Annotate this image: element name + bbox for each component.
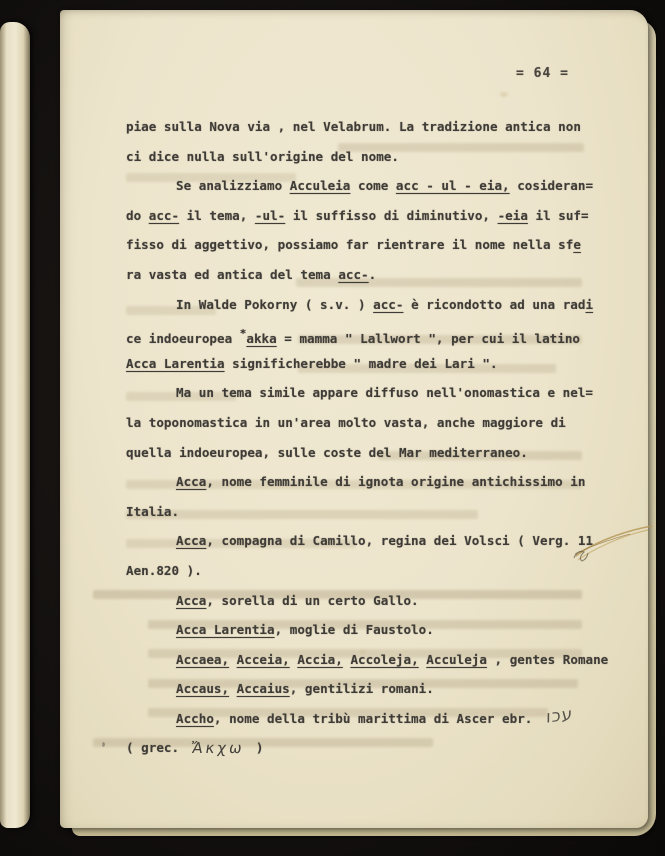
typed-segment: , nome femminile di ignota origine antic…	[206, 474, 585, 489]
typed-segment: Acca Larentia	[176, 622, 275, 637]
handwritten-greek-mark: Ἄκχω	[188, 734, 246, 764]
typed-segment: , compagna di Camillo, regina dei Volsci…	[206, 533, 593, 548]
text-line: Accho, nome della tribù marittima di Asc…	[126, 704, 596, 734]
typed-segment: il suf=	[528, 208, 589, 223]
typed-segment: Accoleja,	[350, 652, 418, 667]
typed-segment: i	[585, 297, 593, 312]
typed-segment: akka	[246, 331, 276, 346]
typed-segment: Acca Larentia	[126, 356, 225, 371]
typed-segment: -ul-	[255, 208, 285, 223]
typed-segment: Acca	[176, 533, 206, 548]
typed-segment: Acculeia	[290, 178, 351, 193]
fiber-scratch-mark	[568, 518, 658, 570]
foxing-spot	[500, 92, 508, 97]
typed-segment: Accia,	[297, 652, 343, 667]
typed-segment: -eia	[498, 208, 528, 223]
typed-segment: , sorella di un certo Gallo.	[206, 593, 418, 608]
text-line: ra vasta ed antica del tema acc-.	[126, 260, 596, 290]
text-line: Accaus, Accaius, gentilizi romani.	[126, 674, 596, 704]
typed-segment: piae sulla Nova via , nel Velabrum. La t…	[126, 119, 581, 134]
typed-segment: , gentilizi romani.	[290, 681, 434, 696]
text-line: do acc- il tema, -ul- il suffisso di dim…	[126, 201, 596, 231]
text-line: fisso di aggettivo, possiamo far rientra…	[126, 230, 596, 260]
text-line: Acca, compagna di Camillo, regina dei Vo…	[126, 526, 596, 556]
typed-segment: la toponomastica in un'area molto vasta,…	[126, 415, 566, 430]
typed-segment: è ricondotto ad una rad	[403, 297, 585, 312]
text-line: In Walde Pokorny ( s.v. ) acc- è ricondo…	[126, 290, 596, 320]
typed-segment: Acca	[176, 593, 206, 608]
text-line: Aen.820 ).	[126, 556, 596, 586]
text-line: ( grec. Ἄκχω )	[126, 733, 596, 763]
typed-segment: , moglie di Faustolo.	[275, 622, 434, 637]
typed-segment: acc-	[373, 297, 403, 312]
text-line: Ma un tema simile appare diffuso nell'on…	[126, 378, 596, 408]
typed-text-block: piae sulla Nova via , nel Velabrum. La t…	[126, 112, 596, 763]
typed-segment: Acculeja	[426, 652, 487, 667]
typed-segment: , gentes Romane	[487, 652, 608, 667]
text-line: piae sulla Nova via , nel Velabrum. La t…	[126, 112, 596, 142]
typed-segment: ci dice nulla sull'origine del nome.	[126, 149, 399, 164]
typed-segment: il suffisso di diminutivo,	[285, 208, 497, 223]
typed-segment: Accho	[176, 711, 214, 726]
text-line: Italia.	[126, 497, 596, 527]
typed-segment: cosideran=	[510, 178, 593, 193]
typescript-page: = 64 = piae sulla Nova via , nel Velabru…	[60, 10, 648, 828]
typed-segment	[229, 681, 237, 696]
page-number: = 64 =	[516, 66, 569, 82]
typed-segment	[229, 652, 237, 667]
text-line: Acca, sorella di un certo Gallo.	[126, 586, 596, 616]
typed-segment: = mamma " Lallwort ", per cui il latino	[277, 331, 580, 346]
typed-segment: acc - ul - eia,	[396, 178, 510, 193]
typed-segment: come	[350, 178, 396, 193]
typed-segment: Se analizziamo	[176, 178, 290, 193]
pencil-dot-mark	[102, 742, 105, 747]
typed-segment: Ma un tema simile appare diffuso nell'on…	[176, 385, 593, 400]
typed-segment: , nome della tribù marittima di Ascer eb…	[214, 711, 532, 726]
text-line: Se analizziamo Acculeia come acc - ul - …	[126, 171, 596, 201]
typed-segment: Accaius	[237, 681, 290, 696]
previous-page-curl	[0, 22, 30, 828]
typed-segment: e	[573, 237, 581, 252]
text-line: quella indoeuropea, sulle coste del Mar …	[126, 438, 596, 468]
typed-segment: )	[248, 740, 263, 755]
typed-segment: Acceia,	[237, 652, 290, 667]
typed-segment: do	[126, 208, 149, 223]
text-line: ci dice nulla sull'origine del nome.	[126, 142, 596, 172]
typed-segment: il tema,	[179, 208, 255, 223]
typed-segment: ( grec.	[126, 740, 187, 755]
typed-segment: Accaea,	[176, 652, 229, 667]
typed-segment: significherebbe " madre dei Lari ".	[225, 356, 498, 371]
handwritten-hebrew-mark: עכו	[546, 700, 574, 733]
typed-segment: Aen.820 ).	[126, 563, 202, 578]
text-line: Acca, nome femminile di ignota origine a…	[126, 467, 596, 497]
text-line: ce indoeuropea *akka = mamma " Lallwort …	[126, 319, 596, 349]
typed-segment: Acca	[176, 474, 206, 489]
typed-segment: quella indoeuropea, sulle coste del Mar …	[126, 445, 528, 460]
typed-segment: acc-	[338, 267, 368, 282]
text-line: la toponomastica in un'area molto vasta,…	[126, 408, 596, 438]
typed-segment: .	[369, 267, 377, 282]
text-line: Acca Larentia significherebbe " madre de…	[126, 349, 596, 379]
typed-segment: acc-	[149, 208, 179, 223]
typed-segment: Accaus,	[176, 681, 229, 696]
typed-segment: In Walde Pokorny ( s.v. )	[176, 297, 373, 312]
scanned-page-photo: = 64 = piae sulla Nova via , nel Velabru…	[0, 0, 665, 856]
text-line: Acca Larentia, moglie di Faustolo.	[126, 615, 596, 645]
typed-segment: fisso di aggettivo, possiamo far rientra…	[126, 237, 573, 252]
typed-segment: Italia.	[126, 504, 179, 519]
typed-segment: ra vasta ed antica del tema	[126, 267, 338, 282]
foxing-spot	[360, 650, 366, 654]
typed-segment: ce indoeuropea	[126, 331, 240, 346]
